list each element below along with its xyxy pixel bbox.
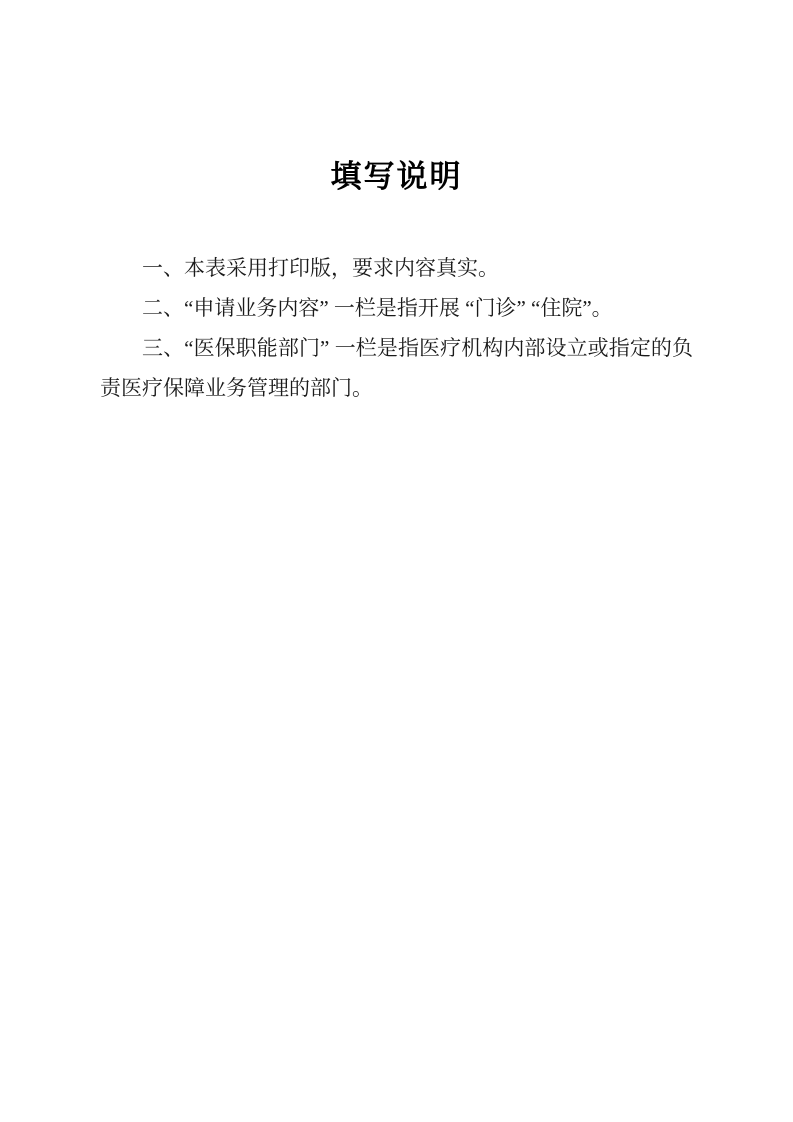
instructions-body: 一、本表采用打印版，要求内容真实。 二、“申请业务内容” 一栏是指开展 “门诊”… [100,248,693,408]
instruction-item-3: 三、“医保职能部门” 一栏是指医疗机构内部设立或指定的负责医疗保障业务管理的部门… [100,328,693,408]
instruction-item-2: 二、“申请业务内容” 一栏是指开展 “门诊” “住院”。 [100,288,693,328]
page-title: 填写说明 [0,158,793,196]
document-page: 填写说明 一、本表采用打印版，要求内容真实。 二、“申请业务内容” 一栏是指开展… [0,0,793,1122]
instruction-item-1: 一、本表采用打印版，要求内容真实。 [100,248,693,288]
